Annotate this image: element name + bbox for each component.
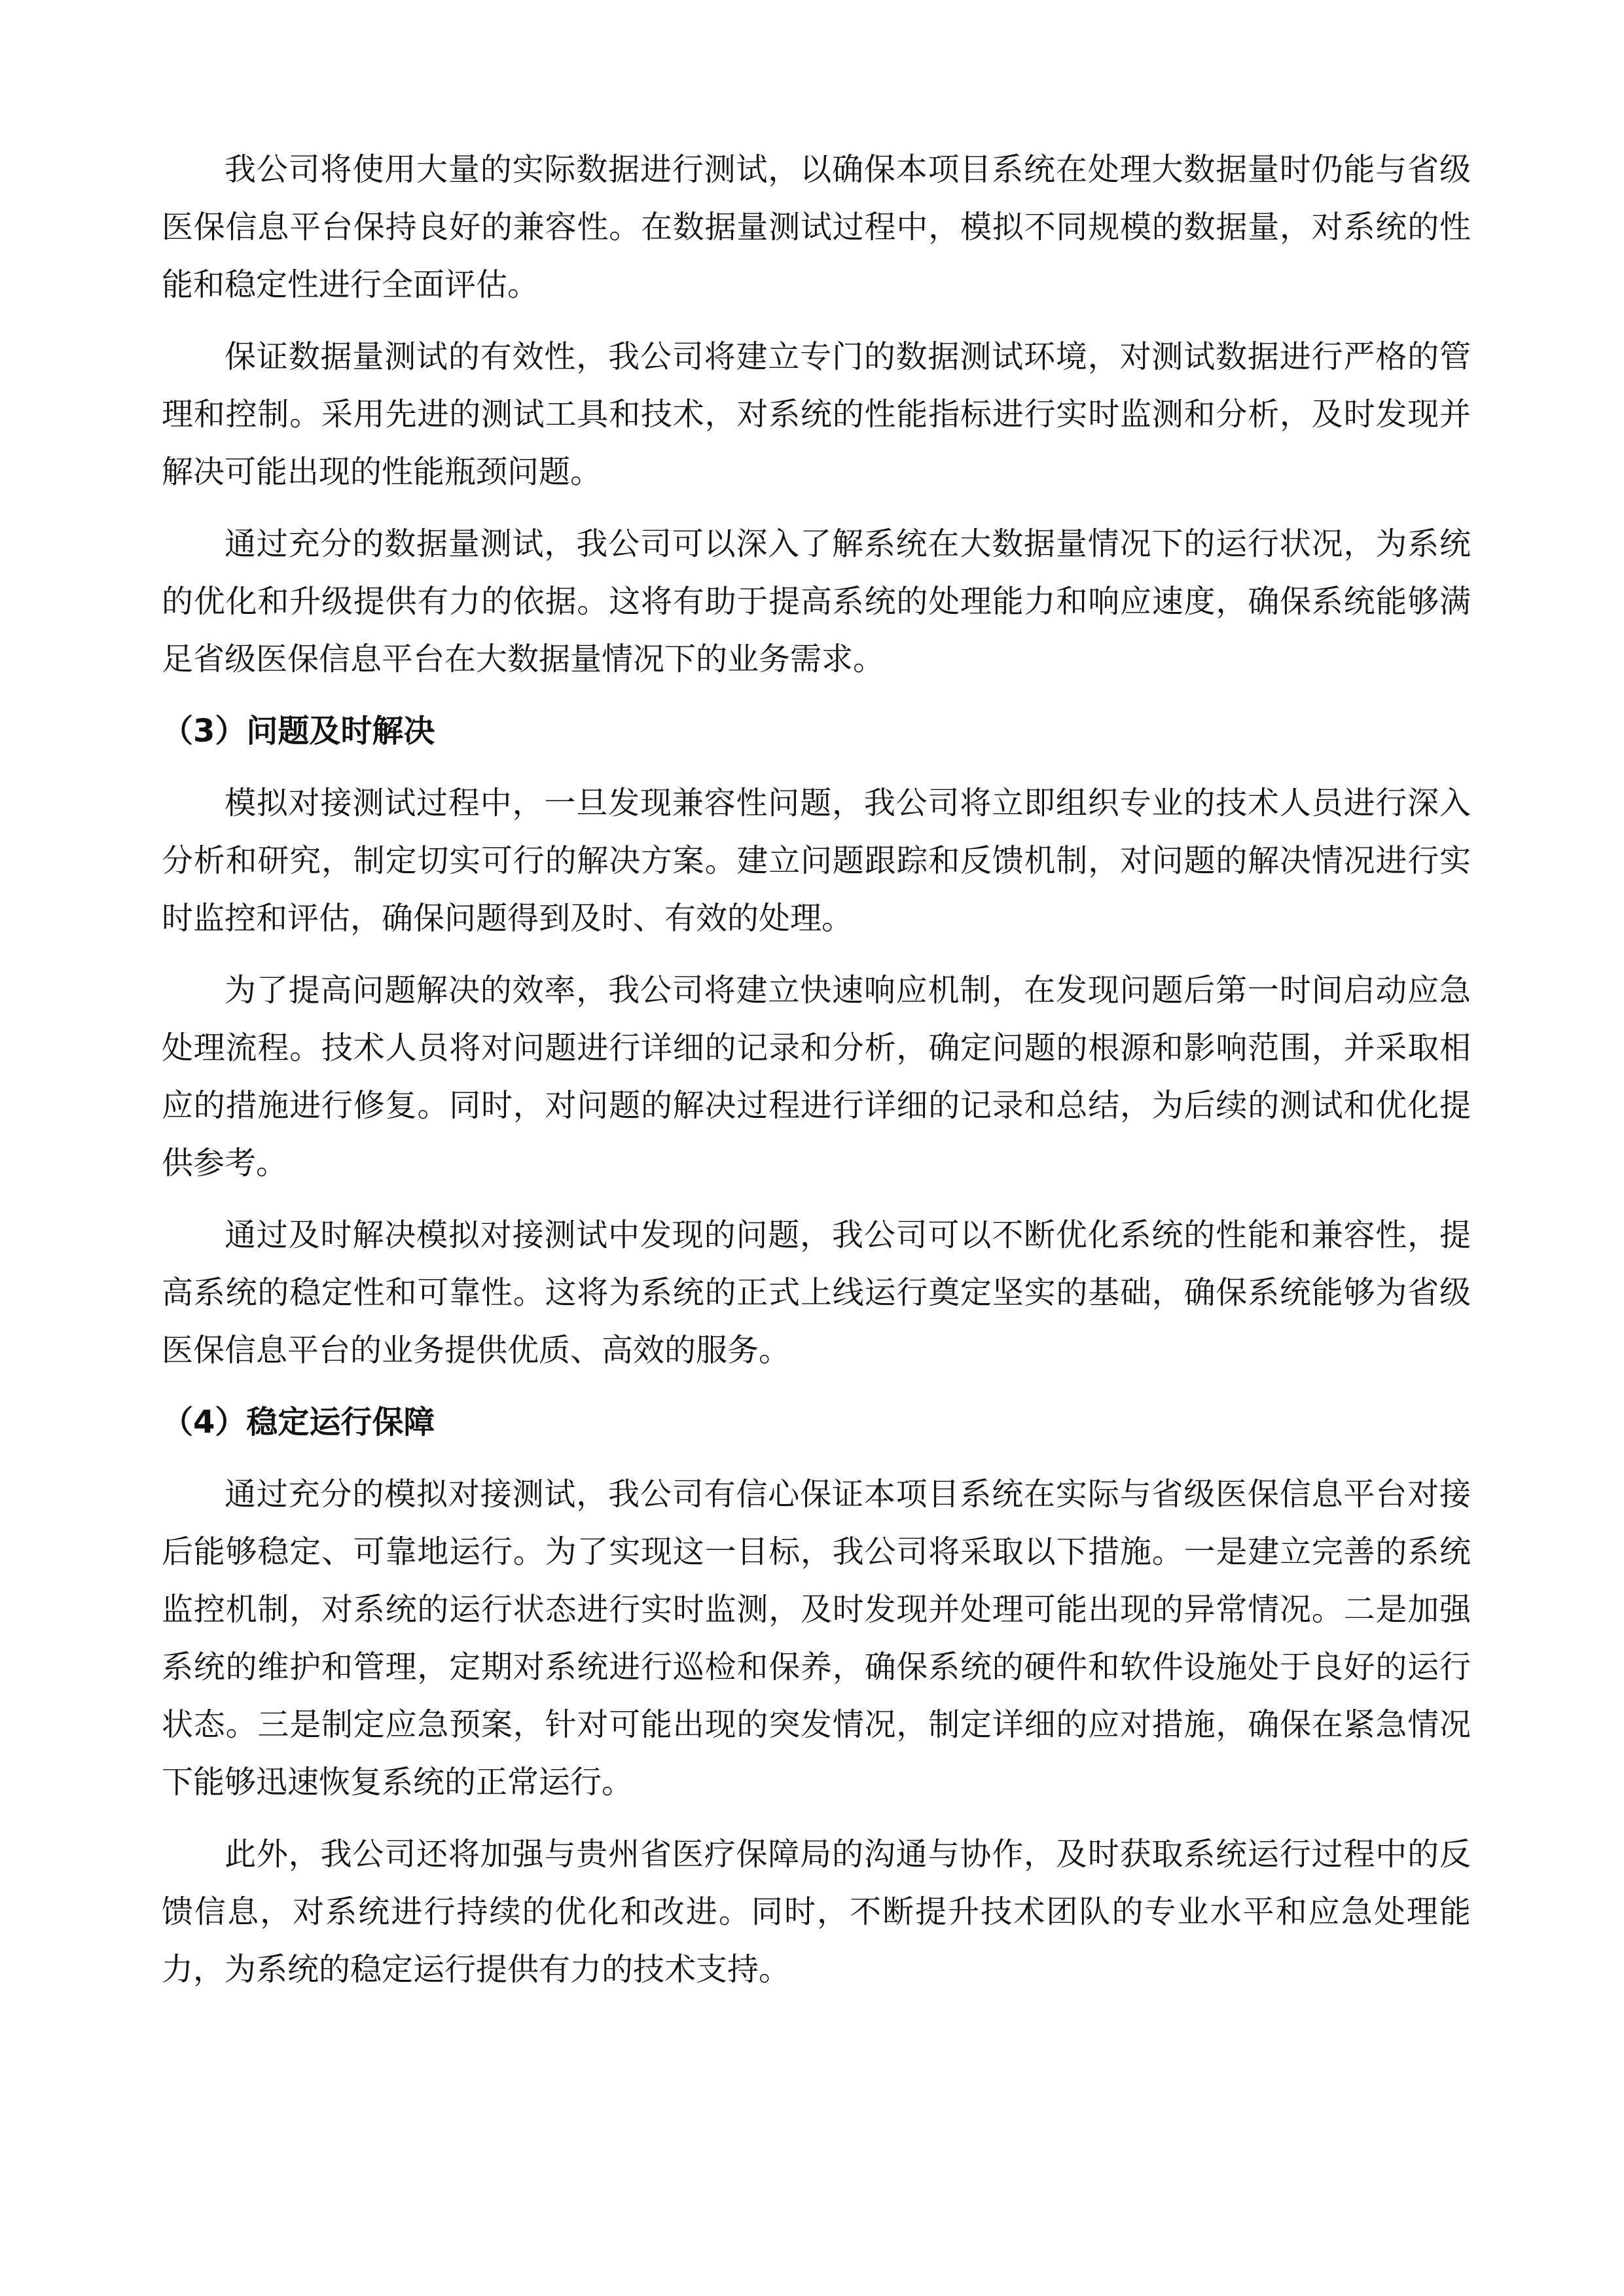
section-heading-4: （4）稳定运行保障 <box>162 1393 1471 1451</box>
paragraph-test-environment: 保证数据量测试的有效性，我公司将建立专门的数据测试环境，对测试数据进行严格的管理… <box>162 328 1471 501</box>
section-heading-3: （3）问题及时解决 <box>162 702 1471 760</box>
paragraph-test-outcome: 通过充分的数据量测试，我公司可以深入了解系统在大数据量情况下的运行状况，为系统的… <box>162 515 1471 688</box>
paragraph-data-volume-testing: 我公司将使用大量的实际数据进行测试，以确保本项目系统在处理大数据量时仍能与省级医… <box>162 141 1471 314</box>
document-page: 我公司将使用大量的实际数据进行测试，以确保本项目系统在处理大数据量时仍能与省级医… <box>162 141 1471 2013</box>
paragraph-issue-analysis: 模拟对接测试过程中，一旦发现兼容性问题，我公司将立即组织专业的技术人员进行深入分… <box>162 774 1471 947</box>
paragraph-optimization: 通过及时解决模拟对接测试中发现的问题，我公司可以不断优化系统的性能和兼容性，提高… <box>162 1206 1471 1379</box>
paragraph-collaboration: 此外，我公司还将加强与贵州省医疗保障局的沟通与协作，及时获取系统运行过程中的反馈… <box>162 1825 1471 1998</box>
paragraph-stability-measures: 通过充分的模拟对接测试，我公司有信心保证本项目系统在实际与省级医保信息平台对接后… <box>162 1465 1471 1811</box>
paragraph-rapid-response: 为了提高问题解决的效率，我公司将建立快速响应机制，在发现问题后第一时间启动应急处… <box>162 961 1471 1192</box>
